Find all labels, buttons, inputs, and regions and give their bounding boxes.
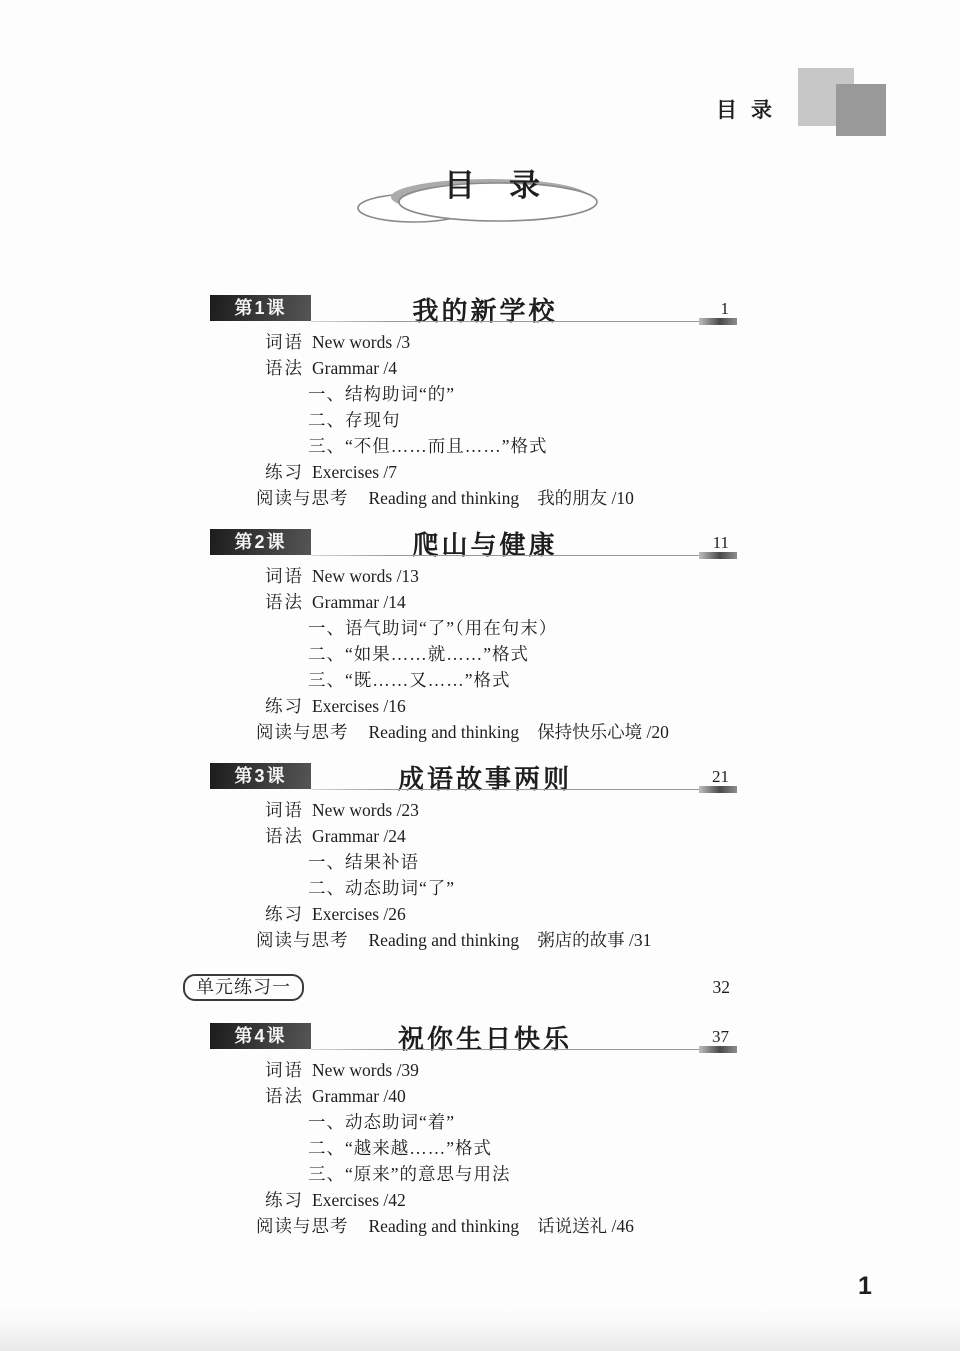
toc-subitem: 二、“越来越……”格式 xyxy=(0,1135,960,1161)
lesson-number-badge: 第3课 xyxy=(210,763,311,789)
corner-square-dark-decor xyxy=(836,84,886,136)
toc-subitem: 一、结构助词“的” xyxy=(0,381,960,407)
lesson-page-number: 1 xyxy=(721,299,730,319)
toc-reading-extra: 粥店的故事 /31 xyxy=(537,930,651,950)
toc-entry-text: Reading and thinking xyxy=(369,930,520,950)
toc-subitem: 三、“原来”的意思与用法 xyxy=(0,1161,960,1187)
toc-row: 练习Exercises /16 xyxy=(0,693,960,719)
toc-label-zh: 阅读与思考 xyxy=(256,722,349,742)
toc-label-zh: 练习 xyxy=(265,693,312,719)
lesson-page-number: 21 xyxy=(712,767,729,787)
toc-label-zh: 练习 xyxy=(265,459,312,485)
toc-row: 语法Grammar /24 xyxy=(0,823,960,849)
toc-entry-text: Exercises /42 xyxy=(312,1190,406,1210)
toc-subitem: 一、结果补语 xyxy=(0,849,960,875)
toc-subitem: 二、“如果……就……”格式 xyxy=(0,641,960,667)
toc-entry-text: New words /39 xyxy=(312,1060,419,1080)
lesson-number-badge: 第4课 xyxy=(210,1023,311,1049)
toc-row: 语法Grammar /4 xyxy=(0,355,960,381)
toc-entry-text: Grammar /4 xyxy=(312,358,397,378)
toc-label-zh: 语法 xyxy=(265,355,312,381)
toc-subitem: 三、“不但……而且……”格式 xyxy=(0,433,960,459)
lesson-page-number: 11 xyxy=(713,533,729,553)
toc-entry-text: New words /3 xyxy=(312,332,410,352)
toc-label-zh: 阅读与思考 xyxy=(256,488,349,508)
toc-row: 词语New words /3 xyxy=(0,329,960,355)
toc-row-reading: 阅读与思考Reading and thinking我的朋友 /10 xyxy=(0,485,960,511)
toc-label-zh: 练习 xyxy=(265,1187,312,1213)
toc-label-zh: 练习 xyxy=(265,901,312,927)
toc-entry-text: Exercises /16 xyxy=(312,696,406,716)
toc-entry-text: Reading and thinking xyxy=(369,722,520,742)
toc-row: 语法Grammar /14 xyxy=(0,589,960,615)
toc-row-reading: 阅读与思考Reading and thinking话说送礼 /46 xyxy=(0,1213,960,1239)
lesson-number-badge: 第1课 xyxy=(210,295,311,321)
toc-subitem: 二、动态助词“了” xyxy=(0,875,960,901)
toc-label-zh: 语法 xyxy=(265,823,312,849)
lesson-section-1: 第1课 我的新学校 1 词语New words /3 语法Grammar /4 … xyxy=(0,290,960,511)
lesson-section-4: 第4课 祝你生日快乐 37 词语New words /39 语法Grammar … xyxy=(0,1018,960,1239)
toc-label-zh: 词语 xyxy=(265,797,312,823)
toc-row: 词语New words /13 xyxy=(0,563,960,589)
lesson-title: 爬山与健康 xyxy=(330,525,640,562)
toc-subitem: 二、存现句 xyxy=(0,407,960,433)
toc-entry-text: Grammar /40 xyxy=(312,1086,406,1106)
lesson-entries: 词语New words /23 语法Grammar /24 一、结果补语 二、动… xyxy=(0,792,960,953)
lesson-number-badge: 第2课 xyxy=(210,529,311,555)
lesson-title-rule xyxy=(311,555,737,556)
lesson-title: 成语故事两则 xyxy=(330,759,640,796)
lesson-title: 祝你生日快乐 xyxy=(330,1019,640,1056)
toc-row-reading: 阅读与思考Reading and thinking保持快乐心境 /20 xyxy=(0,719,960,745)
toc-entry-text: Grammar /24 xyxy=(312,826,406,846)
toc-row: 练习Exercises /7 xyxy=(0,459,960,485)
toc-page: 目录 目录 第1课 我的新学校 1 词语New words /3 语法Gramm… xyxy=(0,0,960,1351)
toc-subitem: 三、“既……又……”格式 xyxy=(0,667,960,693)
lesson-header: 第3课 成语故事两则 21 xyxy=(0,758,960,792)
lesson-header: 第2课 爬山与健康 11 xyxy=(0,524,960,558)
toc-row-reading: 阅读与思考Reading and thinking粥店的故事 /31 xyxy=(0,927,960,953)
toc-entry-text: New words /13 xyxy=(312,566,419,586)
lesson-title-rule xyxy=(311,789,737,790)
toc-row: 语法Grammar /40 xyxy=(0,1083,960,1109)
toc-entry-text: Reading and thinking xyxy=(369,488,520,508)
unit-exercise-badge: 单元练习一 xyxy=(183,974,304,1001)
toc-entry-text: Grammar /14 xyxy=(312,592,406,612)
lesson-page-number: 37 xyxy=(712,1027,729,1047)
toc-row: 词语New words /23 xyxy=(0,797,960,823)
lesson-entries: 词语New words /13 语法Grammar /14 一、语气助词“了”（… xyxy=(0,558,960,745)
toc-subitem: 一、语气助词“了”（用在句末） xyxy=(0,615,960,641)
lesson-entries: 词语New words /39 语法Grammar /40 一、动态助词“着” … xyxy=(0,1052,960,1239)
toc-label-zh: 词语 xyxy=(265,1057,312,1083)
toc-entry-text: Exercises /26 xyxy=(312,904,406,924)
lesson-header: 第1课 我的新学校 1 xyxy=(0,290,960,324)
scan-noise-band xyxy=(0,1305,960,1351)
toc-label-zh: 词语 xyxy=(265,329,312,355)
toc-reading-extra: 我的朋友 /10 xyxy=(537,488,634,508)
toc-entry-text: New words /23 xyxy=(312,800,419,820)
toc-label-zh: 阅读与思考 xyxy=(256,1216,349,1236)
toc-row: 练习Exercises /42 xyxy=(0,1187,960,1213)
lesson-section-3: 第3课 成语故事两则 21 词语New words /23 语法Grammar … xyxy=(0,758,960,953)
unit-exercise-row: 单元练习一 32 xyxy=(0,970,960,1004)
toc-reading-extra: 保持快乐心境 /20 xyxy=(537,722,669,742)
lesson-header: 第4课 祝你生日快乐 37 xyxy=(0,1018,960,1052)
unit-exercise-page-number: 32 xyxy=(713,977,731,998)
running-header-title: 目录 xyxy=(716,94,786,124)
toc-label-zh: 词语 xyxy=(265,563,312,589)
lesson-title: 我的新学校 xyxy=(330,291,640,328)
toc-label-zh: 语法 xyxy=(265,1083,312,1109)
toc-reading-extra: 话说送礼 /46 xyxy=(537,1216,634,1236)
toc-label-zh: 阅读与思考 xyxy=(256,930,349,950)
toc-label-zh: 语法 xyxy=(265,589,312,615)
lesson-section-2: 第2课 爬山与健康 11 词语New words /13 语法Grammar /… xyxy=(0,524,960,745)
toc-entry-text: Exercises /7 xyxy=(312,462,397,482)
footer-page-number: 1 xyxy=(858,1272,872,1301)
page-title: 目录 xyxy=(444,160,574,205)
toc-entry-text: Reading and thinking xyxy=(369,1216,520,1236)
lesson-title-rule xyxy=(311,321,737,322)
lesson-entries: 词语New words /3 语法Grammar /4 一、结构助词“的” 二、… xyxy=(0,324,960,511)
toc-row: 练习Exercises /26 xyxy=(0,901,960,927)
lesson-title-rule xyxy=(311,1049,737,1050)
toc-subitem: 一、动态助词“着” xyxy=(0,1109,960,1135)
toc-row: 词语New words /39 xyxy=(0,1057,960,1083)
